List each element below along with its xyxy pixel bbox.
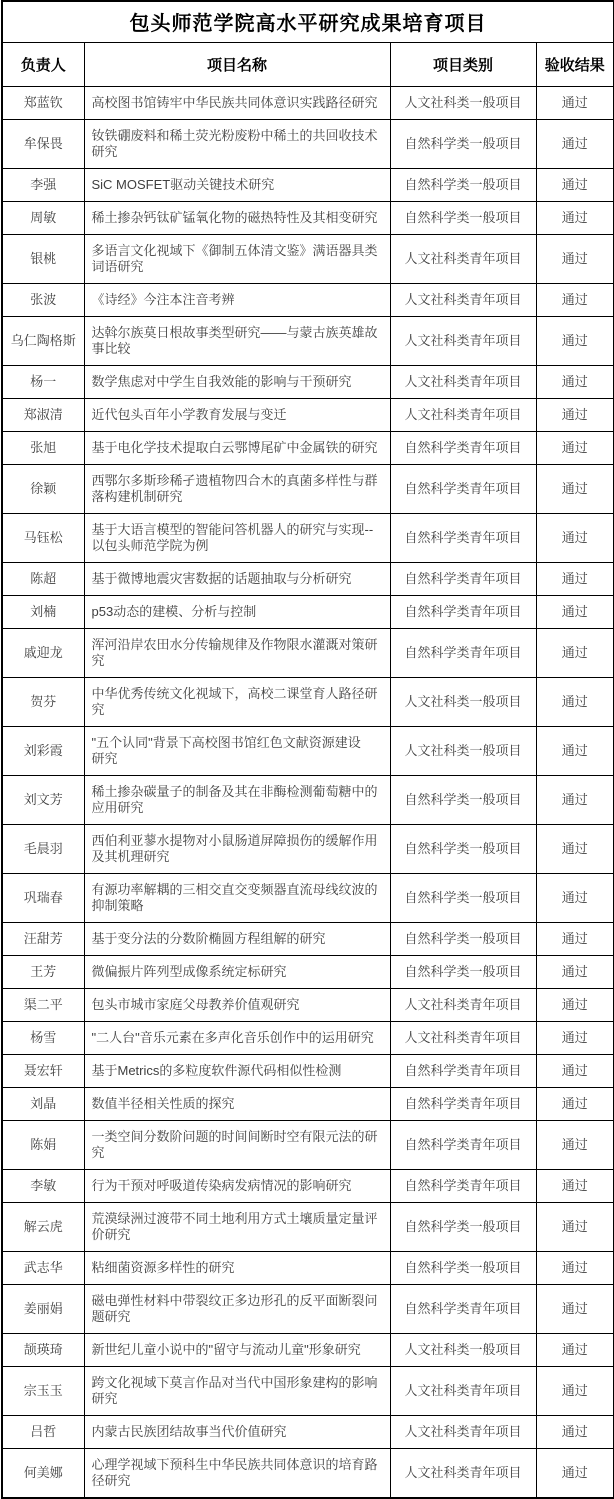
col-header-category: 项目类别 — [390, 43, 536, 87]
leader-cell: 牟保畏 — [2, 120, 84, 169]
result-cell: 通过 — [536, 317, 614, 366]
leader-cell: 渠二平 — [2, 989, 84, 1022]
table-row: 王芳 微偏振片阵列型成像系统定标研究 自然科学类一般项目 通过 — [2, 956, 614, 989]
result-cell: 通过 — [536, 514, 614, 563]
project-cell: 基于Metrics的多粒度软件源代码相似性检测 — [84, 1055, 390, 1088]
leader-cell: 陈娟 — [2, 1121, 84, 1170]
table-row: 姜丽娟 磁电弹性材料中带裂纹正多边形孔的反平面断裂问题研究 自然科学类青年项目 … — [2, 1285, 614, 1334]
leader-cell: 乌仁陶格斯 — [2, 317, 84, 366]
project-cell: 心理学视域下预科生中华民族共同体意识的培育路径研究 — [84, 1449, 390, 1499]
title-row: 包头师范学院高水平研究成果培育项目 — [2, 1, 614, 43]
leader-cell: 马钰松 — [2, 514, 84, 563]
project-cell: 内蒙古民族团结故事当代价值研究 — [84, 1416, 390, 1449]
category-cell: 人文社科类青年项目 — [390, 1449, 536, 1499]
col-header-project: 项目名称 — [84, 43, 390, 87]
table-row: 李强 SiC MOSFET驱动关键技术研究 自然科学类一般项目 通过 — [2, 169, 614, 202]
category-cell: 自然科学类青年项目 — [390, 1170, 536, 1203]
leader-cell: 聂宏轩 — [2, 1055, 84, 1088]
leader-cell: 武志华 — [2, 1252, 84, 1285]
category-cell: 人文社科类青年项目 — [390, 317, 536, 366]
project-cell: SiC MOSFET驱动关键技术研究 — [84, 169, 390, 202]
result-cell: 通过 — [536, 1170, 614, 1203]
table-row: 周敏 稀土掺杂钙钛矿锰氧化物的磁热特性及其相变研究 自然科学类一般项目 通过 — [2, 202, 614, 235]
category-cell: 自然科学类一般项目 — [390, 202, 536, 235]
category-cell: 人文社科类一般项目 — [390, 1334, 536, 1367]
table-row: 郑淑清 近代包头百年小学教育发展与变迁 人文社科类青年项目 通过 — [2, 399, 614, 432]
leader-cell: 巩瑞春 — [2, 874, 84, 923]
category-cell: 人文社科类青年项目 — [390, 366, 536, 399]
result-cell: 通过 — [536, 465, 614, 514]
leader-cell: 银桃 — [2, 235, 84, 284]
result-cell: 通过 — [536, 1203, 614, 1252]
result-cell: 通过 — [536, 1022, 614, 1055]
leader-cell: 汪甜芳 — [2, 923, 84, 956]
category-cell: 人文社科类青年项目 — [390, 284, 536, 317]
result-cell: 通过 — [536, 432, 614, 465]
table-row: 刘彩霞 "五个认同"背景下高校图书馆红色文献资源建设 研究 人文社科类一般项目 … — [2, 727, 614, 776]
table-row: 渠二平 包头市城市家庭父母教养价值观研究 人文社科类青年项目 通过 — [2, 989, 614, 1022]
leader-cell: 杨一 — [2, 366, 84, 399]
leader-cell: 刘楠 — [2, 596, 84, 629]
category-cell: 人文社科类一般项目 — [390, 87, 536, 120]
result-cell: 通过 — [536, 1416, 614, 1449]
project-cell: 基于变分法的分数阶椭圆方程组解的研究 — [84, 923, 390, 956]
category-cell: 自然科学类青年项目 — [390, 1121, 536, 1170]
result-cell: 通过 — [536, 1449, 614, 1499]
leader-cell: 戚迎龙 — [2, 629, 84, 678]
project-cell: 数学焦虑对中学生自我效能的影响与干预研究 — [84, 366, 390, 399]
col-header-result: 验收结果 — [536, 43, 614, 87]
category-cell: 自然科学类一般项目 — [390, 1203, 536, 1252]
result-cell: 通过 — [536, 923, 614, 956]
result-cell: 通过 — [536, 825, 614, 874]
leader-cell: 张波 — [2, 284, 84, 317]
table-row: 解云虎 荒漠绿洲过渡带不同土地利用方式土壤质量定量评价研究 自然科学类一般项目 … — [2, 1203, 614, 1252]
project-cell: 跨文化视域下莫言作品对当代中国形象建构的影响研究 — [84, 1367, 390, 1416]
category-cell: 人文社科类青年项目 — [390, 399, 536, 432]
table-row: 武志华 粘细菌资源多样性的研究 自然科学类一般项目 通过 — [2, 1252, 614, 1285]
table-row: 张波 《诗经》今注本注音考辨 人文社科类青年项目 通过 — [2, 284, 614, 317]
project-cell: 有源功率解耦的三相交直交变频器直流母线纹波的抑制策略 — [84, 874, 390, 923]
project-cell: 达斡尔族莫日根故事类型研究——与蒙古族英雄故事比较 — [84, 317, 390, 366]
result-cell: 通过 — [536, 399, 614, 432]
project-cell: "五个认同"背景下高校图书馆红色文献资源建设 研究 — [84, 727, 390, 776]
leader-cell: 刘晶 — [2, 1088, 84, 1121]
header-row: 负责人 项目名称 项目类别 验收结果 — [2, 43, 614, 87]
category-cell: 自然科学类一般项目 — [390, 169, 536, 202]
result-cell: 通过 — [536, 678, 614, 727]
leader-cell: 郑蓝钦 — [2, 87, 84, 120]
col-header-leader: 负责人 — [2, 43, 84, 87]
project-cell: "二人台"音乐元素在多声化音乐创作中的运用研究 — [84, 1022, 390, 1055]
category-cell: 自然科学类青年项目 — [390, 1285, 536, 1334]
result-cell: 通过 — [536, 727, 614, 776]
category-cell: 自然科学类青年项目 — [390, 465, 536, 514]
leader-cell: 毛晨羽 — [2, 825, 84, 874]
result-cell: 通过 — [536, 1252, 614, 1285]
result-cell: 通过 — [536, 1121, 614, 1170]
leader-cell: 张旭 — [2, 432, 84, 465]
project-cell: 基于大语言模型的智能问答机器人的研究与实现--以包头师范学院为例 — [84, 514, 390, 563]
result-cell: 通过 — [536, 284, 614, 317]
category-cell: 人文社科类青年项目 — [390, 1416, 536, 1449]
project-cell: 西伯利亚蓼水提物对小鼠肠道屏障损伤的缓解作用及其机理研究 — [84, 825, 390, 874]
project-cell: 基于微博地震灾害数据的话题抽取与分析研究 — [84, 563, 390, 596]
category-cell: 自然科学类一般项目 — [390, 874, 536, 923]
leader-cell: 颉瑛琦 — [2, 1334, 84, 1367]
table-row: 贺芬 中华优秀传统文化视域下，高校二课堂育人路径研究 人文社科类一般项目 通过 — [2, 678, 614, 727]
table-row: 张旭 基于电化学技术提取白云鄂博尾矿中金属铁的研究 自然科学类青年项目 通过 — [2, 432, 614, 465]
table-row: 汪甜芳 基于变分法的分数阶椭圆方程组解的研究 自然科学类一般项目 通过 — [2, 923, 614, 956]
leader-cell: 王芳 — [2, 956, 84, 989]
table-row: 郑蓝钦 高校图书馆铸牢中华民族共同体意识实践路径研究 人文社科类一般项目 通过 — [2, 87, 614, 120]
category-cell: 人文社科类青年项目 — [390, 235, 536, 284]
result-cell: 通过 — [536, 1285, 614, 1334]
leader-cell: 李敏 — [2, 1170, 84, 1203]
result-cell: 通过 — [536, 1334, 614, 1367]
category-cell: 自然科学类青年项目 — [390, 514, 536, 563]
leader-cell: 杨雪 — [2, 1022, 84, 1055]
project-cell: 钕铁硼废料和稀土荧光粉废粉中稀土的共回收技术研究 — [84, 120, 390, 169]
category-cell: 自然科学类青年项目 — [390, 563, 536, 596]
category-cell: 自然科学类青年项目 — [390, 432, 536, 465]
leader-cell: 李强 — [2, 169, 84, 202]
table-row: 刘晶 数值半径相关性质的探究 自然科学类青年项目 通过 — [2, 1088, 614, 1121]
project-cell: 稀土掺杂钙钛矿锰氧化物的磁热特性及其相变研究 — [84, 202, 390, 235]
table-row: 何美娜 心理学视域下预科生中华民族共同体意识的培育路径研究 人文社科类青年项目 … — [2, 1449, 614, 1499]
table-row: 杨一 数学焦虑对中学生自我效能的影响与干预研究 人文社科类青年项目 通过 — [2, 366, 614, 399]
project-cell: 西鄂尔多斯珍稀孑遗植物四合木的真菌多样性与群落构建机制研究 — [84, 465, 390, 514]
project-cell: 荒漠绿洲过渡带不同土地利用方式土壤质量定量评价研究 — [84, 1203, 390, 1252]
category-cell: 自然科学类一般项目 — [390, 1252, 536, 1285]
table-row: 牟保畏 钕铁硼废料和稀土荧光粉废粉中稀土的共回收技术研究 自然科学类一般项目 通… — [2, 120, 614, 169]
table-body: 郑蓝钦 高校图书馆铸牢中华民族共同体意识实践路径研究 人文社科类一般项目 通过 … — [2, 87, 614, 1499]
project-cell: 浑河沿岸农田水分传输规律及作物限水灌溉对策研究 — [84, 629, 390, 678]
table-row: 巩瑞春 有源功率解耦的三相交直交变频器直流母线纹波的抑制策略 自然科学类一般项目… — [2, 874, 614, 923]
table-row: 杨雪 "二人台"音乐元素在多声化音乐创作中的运用研究 人文社科类青年项目 通过 — [2, 1022, 614, 1055]
project-cell: p53动态的建模、分析与控制 — [84, 596, 390, 629]
result-cell: 通过 — [536, 776, 614, 825]
category-cell: 人文社科类青年项目 — [390, 1022, 536, 1055]
result-cell: 通过 — [536, 629, 614, 678]
result-cell: 通过 — [536, 989, 614, 1022]
project-cell: 一类空间分数阶问题的时间间断时空有限元法的研究 — [84, 1121, 390, 1170]
leader-cell: 姜丽娟 — [2, 1285, 84, 1334]
table-row: 陈超 基于微博地震灾害数据的话题抽取与分析研究 自然科学类青年项目 通过 — [2, 563, 614, 596]
category-cell: 自然科学类青年项目 — [390, 629, 536, 678]
table-row: 毛晨羽 西伯利亚蓼水提物对小鼠肠道屏障损伤的缓解作用及其机理研究 自然科学类一般… — [2, 825, 614, 874]
leader-cell: 宗玉玉 — [2, 1367, 84, 1416]
result-cell: 通过 — [536, 87, 614, 120]
result-cell: 通过 — [536, 366, 614, 399]
leader-cell: 何美娜 — [2, 1449, 84, 1499]
project-cell: 包头市城市家庭父母教养价值观研究 — [84, 989, 390, 1022]
table-row: 刘文芳 稀土掺杂碳量子的制备及其在非酶检测葡萄糖中的应用研究 自然科学类一般项目… — [2, 776, 614, 825]
category-cell: 自然科学类一般项目 — [390, 923, 536, 956]
page-title: 包头师范学院高水平研究成果培育项目 — [2, 1, 614, 43]
leader-cell: 解云虎 — [2, 1203, 84, 1252]
result-cell: 通过 — [536, 956, 614, 989]
leader-cell: 周敏 — [2, 202, 84, 235]
project-cell: 微偏振片阵列型成像系统定标研究 — [84, 956, 390, 989]
leader-cell: 郑淑清 — [2, 399, 84, 432]
project-cell: 稀土掺杂碳量子的制备及其在非酶检测葡萄糖中的应用研究 — [84, 776, 390, 825]
table-row: 乌仁陶格斯 达斡尔族莫日根故事类型研究——与蒙古族英雄故事比较 人文社科类青年项… — [2, 317, 614, 366]
leader-cell: 徐颖 — [2, 465, 84, 514]
project-cell: 数值半径相关性质的探究 — [84, 1088, 390, 1121]
project-cell: 新世纪儿童小说中的"留守与流动儿童"形象研究 — [84, 1334, 390, 1367]
result-cell: 通过 — [536, 1367, 614, 1416]
category-cell: 自然科学类青年项目 — [390, 1088, 536, 1121]
project-cell: 《诗经》今注本注音考辨 — [84, 284, 390, 317]
table-row: 颉瑛琦 新世纪儿童小说中的"留守与流动儿童"形象研究 人文社科类一般项目 通过 — [2, 1334, 614, 1367]
category-cell: 自然科学类一般项目 — [390, 120, 536, 169]
leader-cell: 刘彩霞 — [2, 727, 84, 776]
result-cell: 通过 — [536, 596, 614, 629]
project-cell: 基于电化学技术提取白云鄂博尾矿中金属铁的研究 — [84, 432, 390, 465]
project-cell: 近代包头百年小学教育发展与变迁 — [84, 399, 390, 432]
result-cell: 通过 — [536, 563, 614, 596]
leader-cell: 贺芬 — [2, 678, 84, 727]
project-cell: 粘细菌资源多样性的研究 — [84, 1252, 390, 1285]
result-cell: 通过 — [536, 169, 614, 202]
leader-cell: 刘文芳 — [2, 776, 84, 825]
category-cell: 自然科学类青年项目 — [390, 1055, 536, 1088]
table-row: 陈娟 一类空间分数阶问题的时间间断时空有限元法的研究 自然科学类青年项目 通过 — [2, 1121, 614, 1170]
project-cell: 中华优秀传统文化视域下，高校二课堂育人路径研究 — [84, 678, 390, 727]
table-row: 吕哲 内蒙古民族团结故事当代价值研究 人文社科类青年项目 通过 — [2, 1416, 614, 1449]
category-cell: 自然科学类青年项目 — [390, 596, 536, 629]
table-row: 戚迎龙 浑河沿岸农田水分传输规律及作物限水灌溉对策研究 自然科学类青年项目 通过 — [2, 629, 614, 678]
leader-cell: 吕哲 — [2, 1416, 84, 1449]
category-cell: 人文社科类青年项目 — [390, 989, 536, 1022]
category-cell: 人文社科类一般项目 — [390, 678, 536, 727]
projects-table: 包头师范学院高水平研究成果培育项目 负责人 项目名称 项目类别 验收结果 郑蓝钦… — [1, 0, 614, 1499]
table-row: 徐颖 西鄂尔多斯珍稀孑遗植物四合木的真菌多样性与群落构建机制研究 自然科学类青年… — [2, 465, 614, 514]
table-row: 马钰松 基于大语言模型的智能问答机器人的研究与实现--以包头师范学院为例 自然科… — [2, 514, 614, 563]
result-cell: 通过 — [536, 120, 614, 169]
project-cell: 高校图书馆铸牢中华民族共同体意识实践路径研究 — [84, 87, 390, 120]
table-row: 宗玉玉 跨文化视域下莫言作品对当代中国形象建构的影响研究 人文社科类青年项目 通… — [2, 1367, 614, 1416]
category-cell: 人文社科类一般项目 — [390, 727, 536, 776]
result-cell: 通过 — [536, 1055, 614, 1088]
category-cell: 自然科学类一般项目 — [390, 776, 536, 825]
document-page: 包头师范学院高水平研究成果培育项目 负责人 项目名称 项目类别 验收结果 郑蓝钦… — [0, 0, 614, 1499]
table-row: 李敏 行为干预对呼吸道传染病发病情况的影响研究 自然科学类青年项目 通过 — [2, 1170, 614, 1203]
table-row: 银桃 多语言文化视域下《御制五体清文鉴》满语器具类词语研究 人文社科类青年项目 … — [2, 235, 614, 284]
project-cell: 多语言文化视域下《御制五体清文鉴》满语器具类词语研究 — [84, 235, 390, 284]
leader-cell: 陈超 — [2, 563, 84, 596]
category-cell: 自然科学类一般项目 — [390, 956, 536, 989]
result-cell: 通过 — [536, 1088, 614, 1121]
table-row: 刘楠 p53动态的建模、分析与控制 自然科学类青年项目 通过 — [2, 596, 614, 629]
table-row: 聂宏轩 基于Metrics的多粒度软件源代码相似性检测 自然科学类青年项目 通过 — [2, 1055, 614, 1088]
result-cell: 通过 — [536, 874, 614, 923]
result-cell: 通过 — [536, 235, 614, 284]
project-cell: 磁电弹性材料中带裂纹正多边形孔的反平面断裂问题研究 — [84, 1285, 390, 1334]
category-cell: 自然科学类一般项目 — [390, 825, 536, 874]
project-cell: 行为干预对呼吸道传染病发病情况的影响研究 — [84, 1170, 390, 1203]
result-cell: 通过 — [536, 202, 614, 235]
category-cell: 人文社科类青年项目 — [390, 1367, 536, 1416]
